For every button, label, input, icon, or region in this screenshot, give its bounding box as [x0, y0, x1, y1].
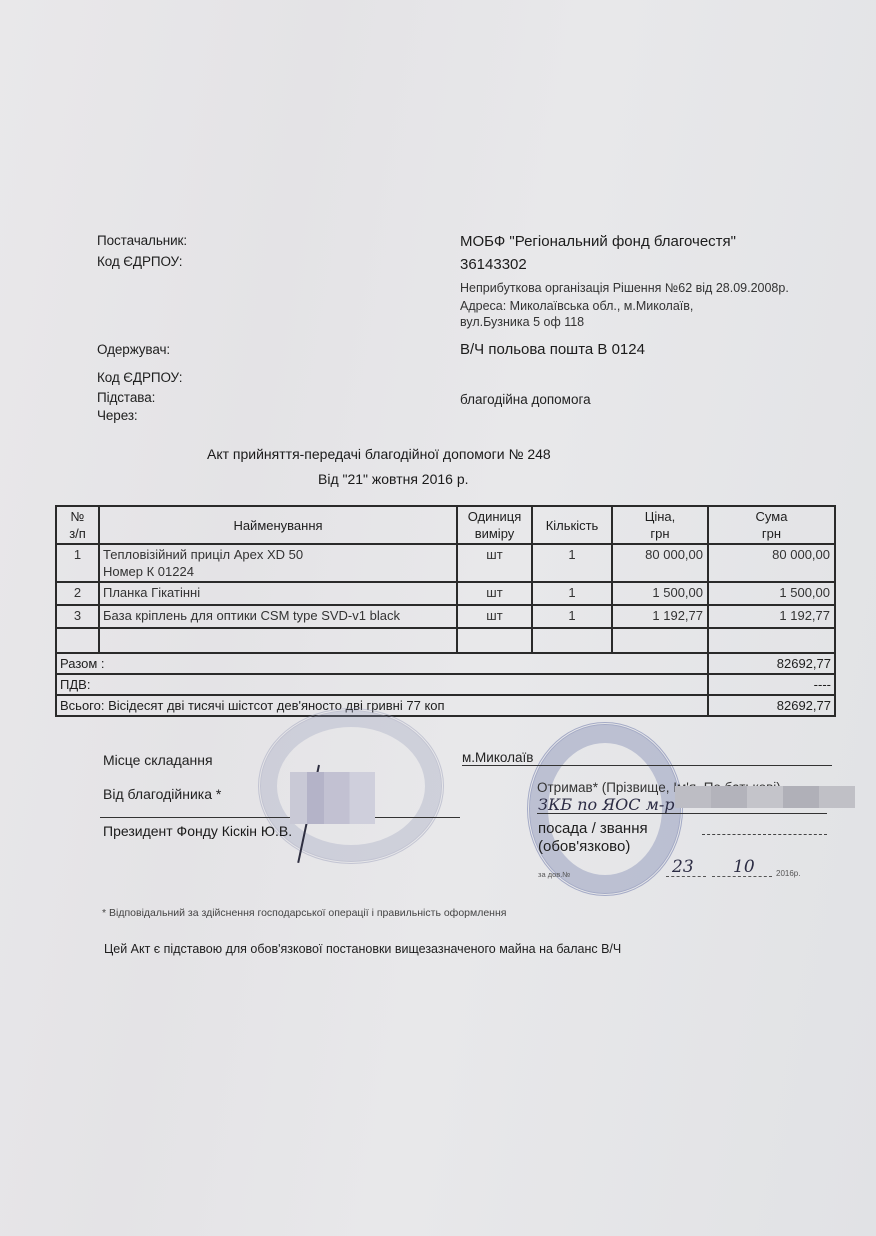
- empty-cell: [612, 628, 708, 653]
- basis-label: Підстава:: [97, 390, 155, 405]
- row-unit: шт: [457, 544, 532, 582]
- donor-signature-line: [100, 817, 460, 818]
- empty-cell: [457, 628, 532, 653]
- via-label: Через:: [97, 408, 138, 423]
- row-name: База кріплень для оптики CSM type SVD-v1…: [99, 605, 457, 628]
- place-value: м.Миколаїв: [462, 750, 533, 765]
- document-title: Акт прийняття-передачі благодійної допом…: [207, 446, 551, 462]
- row-price: 1 192,77: [612, 605, 708, 628]
- total-value: 82692,77: [708, 695, 835, 716]
- mandatory-label: (обов'язково): [538, 838, 630, 855]
- table-row: 2 Планка Гікатінні шт 1 1 500,00 1 500,0…: [56, 582, 835, 605]
- subtotal-value: 82692,77: [708, 653, 835, 674]
- from-donor-label: Від благодійника *: [103, 786, 221, 802]
- header-quantity: Кількість: [532, 506, 612, 544]
- row-sum: 1 500,00: [708, 582, 835, 605]
- vat-value: ----: [708, 674, 835, 695]
- row-quantity: 1: [532, 582, 612, 605]
- empty-cell: [56, 628, 99, 653]
- recipient-label: Одержувач:: [97, 342, 170, 357]
- table-row: 1 Тепловізійний приціл Apex XD 50Номер К…: [56, 544, 835, 582]
- supplier-code-label: Код ЄДРПОУ:: [97, 254, 182, 269]
- date-year: 2016р.: [776, 869, 800, 878]
- supplier-note: Неприбуткова організація Рішення №62 від…: [460, 281, 789, 295]
- supplier-name: МОБФ "Регіональний фонд благочестя": [460, 233, 736, 250]
- row-quantity: 1: [532, 605, 612, 628]
- row-sum: 80 000,00: [708, 544, 835, 582]
- header-unit: Одиницявиміру: [457, 506, 532, 544]
- position-underline: [702, 834, 827, 835]
- redacted-name: [675, 786, 855, 808]
- supplier-label: Постачальник:: [97, 233, 187, 248]
- table-row: 3 База кріплень для оптики CSM type SVD-…: [56, 605, 835, 628]
- received-underline: [537, 813, 827, 814]
- row-unit: шт: [457, 582, 532, 605]
- row-price: 1 500,00: [612, 582, 708, 605]
- received-handwritten: ЗКБ по ЯОС м-р: [538, 795, 675, 814]
- recipient-code-label: Код ЄДРПОУ:: [97, 370, 182, 385]
- redacted-signature: [290, 772, 375, 824]
- power-of-attorney-label: за дов.№: [538, 870, 570, 879]
- subtotal-row: Разом : 82692,77: [56, 653, 835, 674]
- vat-row: ПДВ: ----: [56, 674, 835, 695]
- row-number: 2: [56, 582, 99, 605]
- supplier-address-line2: вул.Бузника 5 оф 118: [460, 315, 584, 329]
- place-underline: [462, 765, 832, 766]
- date-day-line: [666, 876, 706, 877]
- footnote: * Відповідальний за здійснення господарс…: [102, 907, 506, 919]
- recipient-name: В/Ч польова пошта В 0124: [460, 341, 645, 358]
- table-row-empty: [56, 628, 835, 653]
- place-label: Місце складання: [103, 752, 213, 768]
- row-unit: шт: [457, 605, 532, 628]
- position-label: посада / звання: [538, 820, 648, 837]
- row-quantity: 1: [532, 544, 612, 582]
- row-number: 3: [56, 605, 99, 628]
- vat-label: ПДВ:: [56, 674, 708, 695]
- row-name: Планка Гікатінні: [99, 582, 457, 605]
- basis-value: благодійна допомога: [460, 392, 591, 407]
- header-sum: Сумагрн: [708, 506, 835, 544]
- row-number: 1: [56, 544, 99, 582]
- empty-cell: [99, 628, 457, 653]
- basis-statement: Цей Акт є підставою для обов'язкової пос…: [104, 942, 621, 956]
- items-table: №з/п Найменування Одиницявиміру Кількіст…: [55, 505, 836, 717]
- subtotal-label: Разом :: [56, 653, 708, 674]
- row-sum: 1 192,77: [708, 605, 835, 628]
- header-price: Ціна,грн: [612, 506, 708, 544]
- date-month-line: [712, 876, 772, 877]
- date-month: 10: [733, 857, 755, 877]
- header-name: Найменування: [99, 506, 457, 544]
- empty-cell: [532, 628, 612, 653]
- empty-cell: [708, 628, 835, 653]
- date-day: 23: [672, 857, 694, 877]
- header-number: №з/п: [56, 506, 99, 544]
- total-label: Всього: Вісідесят дві тисячі шістсот дев…: [56, 695, 708, 716]
- row-name: Тепловізійний приціл Apex XD 50Номер К 0…: [99, 544, 457, 582]
- total-row: Всього: Вісідесят дві тисячі шістсот дев…: [56, 695, 835, 716]
- supplier-address-line1: Адреса: Миколаївська обл., м.Миколаїв,: [460, 299, 693, 313]
- row-price: 80 000,00: [612, 544, 708, 582]
- document-date: Від "21" жовтня 2016 р.: [318, 471, 469, 487]
- president-label: Президент Фонду Кіскін Ю.В.: [103, 823, 292, 839]
- supplier-code: 36143302: [460, 256, 527, 273]
- table-header-row: №з/п Найменування Одиницявиміру Кількіст…: [56, 506, 835, 544]
